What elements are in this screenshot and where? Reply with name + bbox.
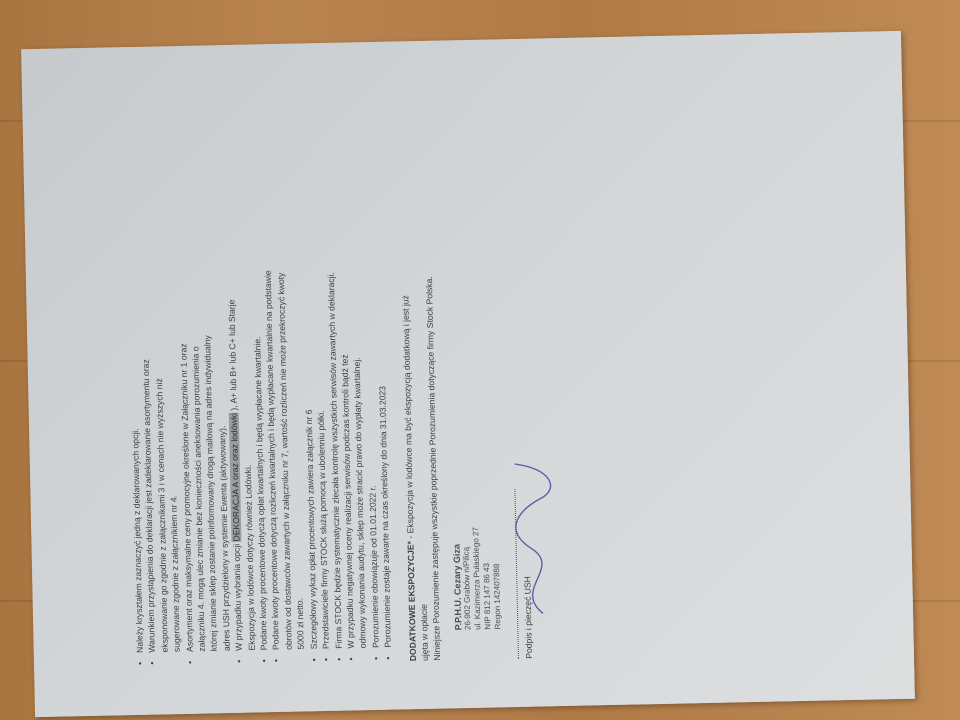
document-content: Należy kryształem zaznaczyć jedną z dekl… bbox=[122, 98, 574, 667]
company-stamp: P.P.H.U. Cezary Giza 26-902 Grabów n/Pil… bbox=[442, 99, 503, 630]
document-page: Należy kryształem zaznaczyć jedną z dekl… bbox=[21, 31, 915, 717]
terms-list: Należy kryształem zaznaczyć jedną z dekl… bbox=[122, 102, 394, 667]
signature-scribble bbox=[500, 458, 563, 619]
highlighted-text: DEKORACJA A oraz oraz lodówki bbox=[229, 413, 242, 542]
extra-exposure-label: DODATKOWE EKSPOZYCJE* bbox=[405, 541, 418, 661]
